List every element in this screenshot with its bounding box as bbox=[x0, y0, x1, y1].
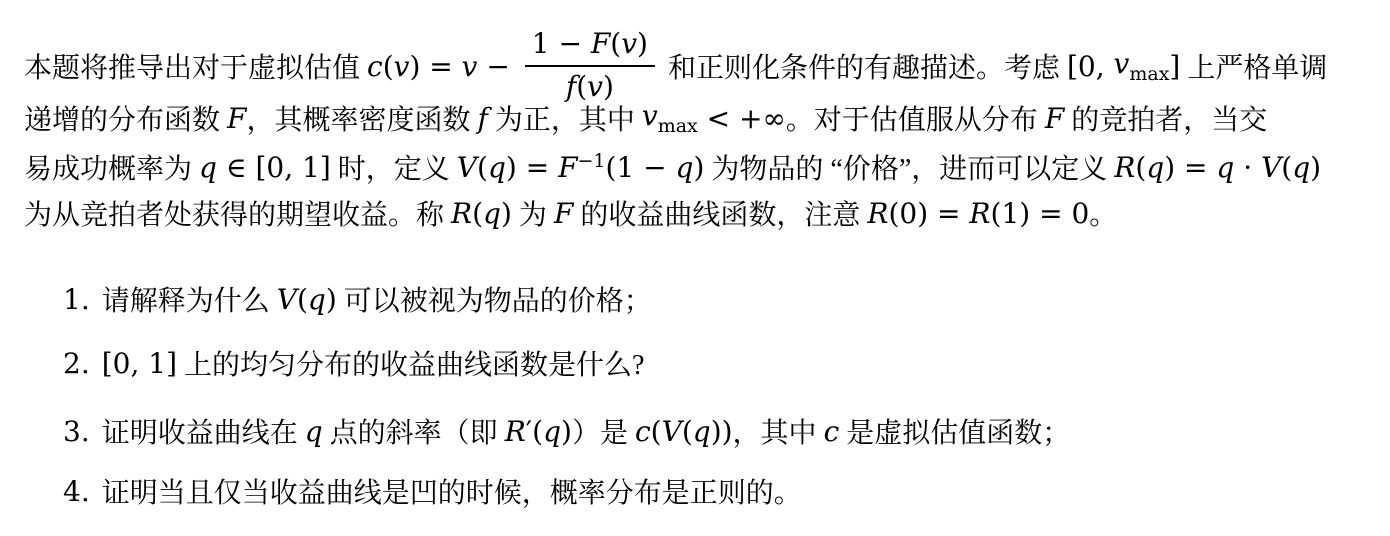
math-symbol: ) bbox=[1310, 151, 1321, 184]
math-symbol: (0) = bbox=[888, 197, 969, 230]
math-symbol: ( bbox=[651, 415, 662, 448]
math-symbol: · bbox=[1234, 151, 1261, 184]
math-symbol: ) = bbox=[506, 151, 558, 184]
math-run: V(q) = bbox=[457, 151, 558, 184]
math-variable: q bbox=[693, 415, 711, 448]
math-run: (1 − q) bbox=[606, 151, 705, 184]
list-item-number: 2. bbox=[63, 347, 90, 380]
math-symbol: ) = bbox=[409, 50, 461, 83]
math-variable: V bbox=[1261, 151, 1281, 184]
math-variable: q bbox=[305, 415, 323, 448]
math-variable: V bbox=[277, 283, 297, 316]
math-run: F bbox=[554, 197, 573, 230]
math-variable: R bbox=[451, 197, 472, 230]
math-variable: q bbox=[1146, 151, 1164, 184]
math-variable: R bbox=[505, 415, 526, 448]
text-run: 本题将推导出对于虚拟估值 bbox=[24, 46, 367, 86]
math-run: < +∞ bbox=[698, 102, 786, 135]
math-variable: q bbox=[676, 151, 694, 184]
math-run: c(v) = v − bbox=[367, 50, 519, 83]
list-item: 1.请解释为什么 V(q) 可以被视为物品的价格； bbox=[63, 279, 1370, 319]
math-variable: v bbox=[394, 50, 410, 83]
math-variable: c bbox=[367, 50, 383, 83]
math-variable: q bbox=[488, 151, 506, 184]
math-variable: c bbox=[824, 415, 840, 448]
paragraph-line: 为从竞拍者处获得的期望收益。称 R(q) 为 F 的收益曲线函数，注意 R(0)… bbox=[24, 189, 1370, 237]
text-run: 上严格单调 bbox=[1180, 46, 1327, 86]
math-variable: F bbox=[227, 102, 246, 135]
paragraph-line: 易成功概率为 q ∈ [0, 1] 时，定义 V(q) = F−1(1 − q)… bbox=[24, 143, 1370, 191]
math-variable: F bbox=[591, 27, 610, 60]
text-run: 易成功概率为 bbox=[24, 147, 199, 187]
math-symbol: − bbox=[477, 50, 518, 83]
math-symbol: ( bbox=[297, 283, 308, 316]
text-run: ，其概率密度函数 bbox=[246, 98, 477, 138]
math-symbol: 1 − bbox=[532, 27, 591, 60]
math-variable: F bbox=[1045, 102, 1064, 135]
math-variable: V bbox=[457, 151, 477, 184]
math-run: F bbox=[227, 102, 246, 135]
math-variable: q bbox=[1216, 151, 1234, 184]
math-symbol: (1) = 0 bbox=[991, 197, 1090, 230]
math-run: ] bbox=[1169, 50, 1180, 83]
math-variable: V bbox=[662, 415, 682, 448]
text-run: 为 bbox=[512, 193, 554, 233]
text-run: 时，定义 bbox=[331, 147, 457, 187]
math-variable: q bbox=[1292, 151, 1310, 184]
list-item-number: 1. bbox=[63, 283, 90, 316]
math-run: q bbox=[305, 415, 323, 448]
math-symbol: ) bbox=[561, 415, 572, 448]
math-variable: R bbox=[867, 197, 888, 230]
list-item-number: 3. bbox=[63, 415, 90, 448]
math-variable: v bbox=[1114, 47, 1130, 80]
math-variable: v bbox=[462, 50, 478, 83]
math-variable: F bbox=[558, 151, 577, 184]
math-symbol: ( bbox=[682, 415, 693, 448]
fraction-numerator: 1 − F(v) bbox=[525, 28, 655, 67]
math-symbol: ] bbox=[1169, 50, 1180, 83]
math-run: c bbox=[824, 415, 840, 448]
math-symbol: ( bbox=[472, 197, 483, 230]
math-run: vmax bbox=[1114, 47, 1170, 85]
math-symbol: ( bbox=[610, 27, 621, 60]
math-symbol: [0, 1] bbox=[102, 347, 177, 380]
math-symbol: ( bbox=[1135, 151, 1146, 184]
math-symbol: ( bbox=[1281, 151, 1292, 184]
text-run: 为物品的 “价格”，进而可以定义 bbox=[704, 147, 1114, 187]
math-symbol: ) bbox=[326, 283, 337, 316]
text-run: 请解释为什么 bbox=[102, 279, 277, 319]
list-item: 2.[0, 1] 上的均匀分布的收益曲线函数是什么? bbox=[63, 343, 1370, 383]
math-run: R′(q) bbox=[505, 415, 572, 448]
math-run: V(q) bbox=[277, 283, 337, 316]
math-run: [0, 1] bbox=[102, 347, 177, 380]
text-run: 。对于估值服从分布 bbox=[786, 98, 1045, 138]
math-run: q ∈ [0, 1] bbox=[199, 151, 331, 184]
math-symbol: ) bbox=[637, 27, 648, 60]
math-symbol: ∈ [0, 1] bbox=[217, 151, 331, 184]
math-variable: v bbox=[642, 99, 658, 132]
math-variable: q bbox=[543, 415, 561, 448]
subscript: max bbox=[1129, 63, 1169, 85]
page: { "paragraph": { "lines": [ {"segments":… bbox=[0, 0, 1390, 536]
math-variable: f bbox=[477, 102, 487, 135]
text-run: 的收益曲线函数，注意 bbox=[573, 193, 867, 233]
text-run: 。 bbox=[1089, 193, 1117, 233]
list-item-number: 4. bbox=[63, 475, 90, 508]
math-run: F bbox=[1045, 102, 1064, 135]
text-run: 是虚拟估值函数； bbox=[839, 411, 1070, 451]
text-run: ，其中 bbox=[733, 411, 824, 451]
text-run: 上的均匀分布的收益曲线函数是什么? bbox=[177, 343, 644, 383]
math-variable: F bbox=[554, 197, 573, 230]
superscript: −1 bbox=[578, 150, 606, 172]
math-run: vmax bbox=[642, 99, 698, 137]
math-symbol: < +∞ bbox=[698, 102, 786, 135]
math-variable: q bbox=[199, 151, 217, 184]
math-symbol: ′( bbox=[526, 415, 543, 448]
math-symbol: (1 − bbox=[606, 151, 676, 184]
text-run: 可以被视为物品的价格； bbox=[337, 279, 652, 319]
math-variable: R bbox=[1114, 151, 1135, 184]
fraction: 1 − F(v)f(v) bbox=[525, 28, 655, 104]
math-run: R(q) bbox=[451, 197, 512, 230]
math-run: [0, bbox=[1067, 50, 1114, 83]
list-item: 4.证明当且仅当收益曲线是凹的时候，概率分布是正则的。 bbox=[63, 471, 1370, 511]
math-variable: R bbox=[969, 197, 990, 230]
text-run: 证明当且仅当收益曲线是凹的时候，概率分布是正则的。 bbox=[102, 471, 802, 511]
math-variable: v bbox=[621, 27, 637, 60]
math-run: R(q) = q · V(q) bbox=[1114, 151, 1321, 184]
math-run: R(0) = R(1) = 0 bbox=[867, 197, 1089, 230]
math-symbol: ) bbox=[501, 197, 512, 230]
math-variable: q bbox=[308, 283, 326, 316]
math-symbol: ( bbox=[477, 151, 488, 184]
math-symbol: ( bbox=[383, 50, 394, 83]
text-run: 为正，其中 bbox=[488, 98, 642, 138]
math-variable: c bbox=[635, 415, 651, 448]
text-run: 和正则化条件的有趣描述。考虑 bbox=[661, 46, 1067, 86]
math-variable: q bbox=[483, 197, 501, 230]
math-symbol: ) bbox=[693, 151, 704, 184]
math-run: c(V(q)) bbox=[635, 415, 733, 448]
subscript: max bbox=[658, 115, 698, 137]
list-item: 3.证明收益曲线在 q 点的斜率（即 R′(q)）是 c(V(q))，其中 c … bbox=[63, 411, 1370, 451]
text-run: 的竞拍者，当交 bbox=[1064, 98, 1267, 138]
text-run: ）是 bbox=[572, 411, 635, 451]
math-symbol: ) = bbox=[1164, 151, 1216, 184]
text-run: 递增的分布函数 bbox=[24, 98, 227, 138]
math-symbol: [0, bbox=[1067, 50, 1114, 83]
math-run: f bbox=[477, 102, 487, 135]
paragraph-line: 递增的分布函数 F，其概率密度函数 f 为正，其中 vmax < +∞。对于估值… bbox=[24, 94, 1370, 142]
math-symbol: )) bbox=[711, 415, 733, 448]
math-run: F−1 bbox=[558, 150, 605, 184]
text-run: 为从竞拍者处获得的期望收益。称 bbox=[24, 193, 451, 233]
text-run: 点的斜率（即 bbox=[323, 411, 505, 451]
text-run: 证明收益曲线在 bbox=[102, 411, 305, 451]
